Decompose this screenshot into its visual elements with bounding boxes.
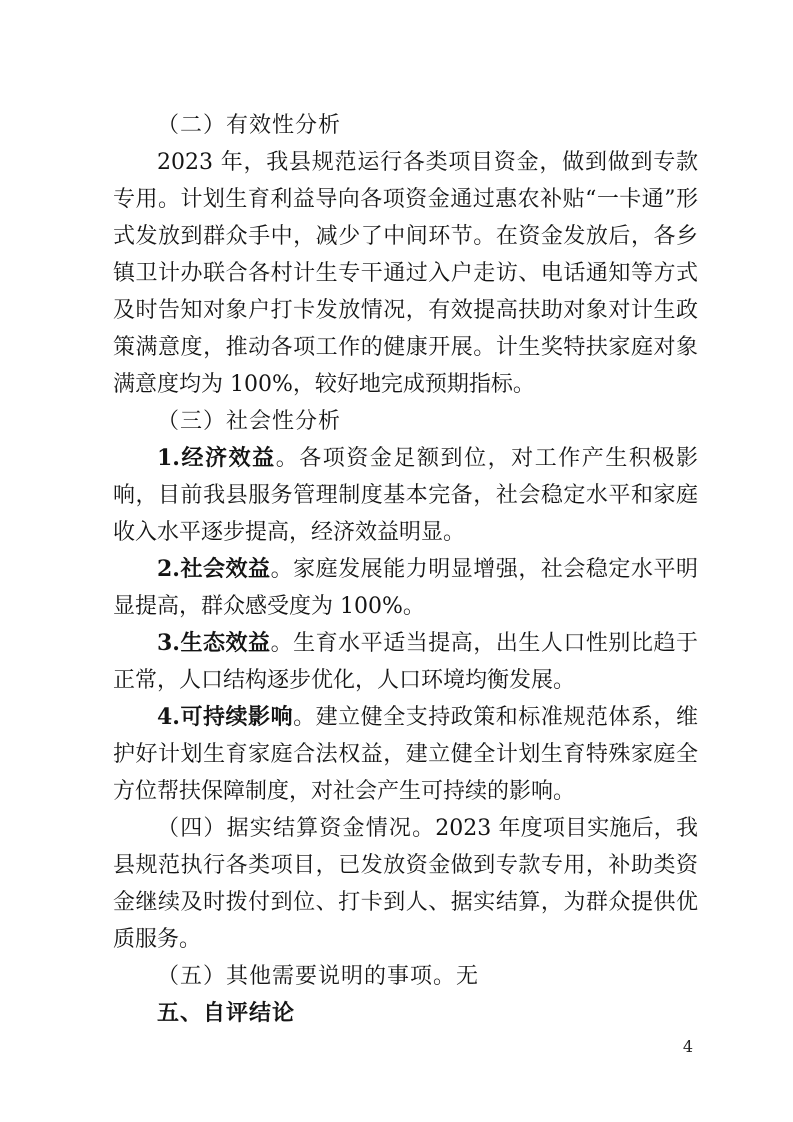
paragraph-sustainable-impact: 4.可持续影响。建立健全支持政策和标准规范体系，维护好计划生育家庭合法权益，建立… — [113, 699, 698, 810]
paragraph-social-benefit: 2.社会效益。家庭发展能力明显增强，社会稳定水平明显提高，群众感受度为 100%… — [113, 551, 698, 625]
label-actual-settlement: （四）据实结算资金情况。 — [157, 816, 435, 841]
document-body: （二）有效性分析 2023 年，我县规范运行各类项目资金，做到做到专款专用。计划… — [113, 107, 698, 1032]
paragraph-effectiveness-analysis: 2023 年，我县规范运行各类项目资金，做到做到专款专用。计划生育利益导向各项资… — [113, 144, 698, 403]
document-page: （二）有效性分析 2023 年，我县规范运行各类项目资金，做到做到专款专用。计划… — [0, 0, 793, 1122]
label-ecological-benefit: 3.生态效益 — [157, 630, 271, 656]
heading-effectiveness-analysis: （二）有效性分析 — [113, 107, 698, 144]
label-economic-benefit: 1.经济效益 — [157, 445, 276, 471]
paragraph-economic-benefit: 1.经济效益。各项资金足额到位，对工作产生积极影响，目前我县服务管理制度基本完备… — [113, 440, 698, 551]
paragraph-other-matters: （五）其他需要说明的事项。无 — [113, 958, 698, 995]
paragraph-ecological-benefit: 3.生态效益。生育水平适当提高，出生人口性别比趋于正常，人口结构逐步优化，人口环… — [113, 625, 698, 699]
label-other-matters: （五）其他需要说明的事项。 — [157, 964, 456, 989]
heading-social-analysis: （三）社会性分析 — [113, 403, 698, 440]
paragraph-actual-settlement: （四）据实结算资金情况。2023 年度项目实施后，我县规范执行各类项目，已发放资… — [113, 810, 698, 958]
label-sustainable-impact: 4.可持续影响 — [157, 704, 293, 730]
text-other-matters: 无 — [456, 964, 478, 989]
heading-self-evaluation-conclusion: 五、自评结论 — [113, 995, 698, 1032]
page-number: 4 — [678, 1038, 698, 1056]
label-social-benefit: 2.社会效益 — [157, 556, 271, 582]
